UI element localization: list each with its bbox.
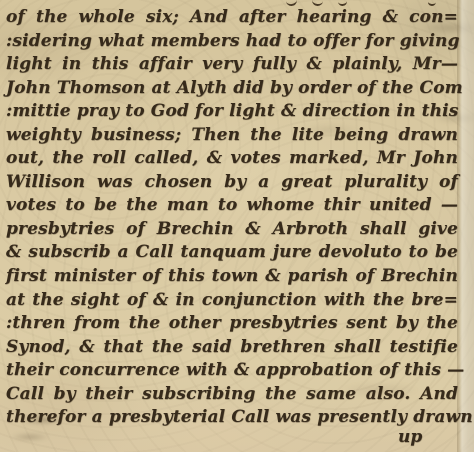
manuscript-line: :mittie pray to God for light & directio… [6, 100, 458, 124]
manuscript-text: of the whole six; And after hearing & co… [6, 6, 458, 430]
manuscript-line: Synod, & that the said brethren shall te… [6, 336, 458, 360]
manuscript-line: weighty business; Then the lite being dr… [6, 124, 458, 148]
manuscript-line: light in this affair very fully & plainl… [6, 53, 458, 77]
manuscript-page: of the whole six; And after hearing & co… [0, 0, 474, 452]
manuscript-line: out, the roll called, & votes marked, Mr… [6, 147, 458, 171]
manuscript-line: first minister of this town & parish of … [6, 265, 458, 289]
page-edge [457, 0, 474, 452]
manuscript-line: presbytries of Brechin & Arbroth shall g… [6, 218, 458, 242]
manuscript-line: votes to be the man to whome thir united… [6, 194, 458, 218]
manuscript-line: therefor a presbyterial Call was present… [6, 406, 458, 430]
manuscript-line: Call by their subscribing the same also.… [6, 383, 458, 407]
manuscript-line: their concurrence with & approbation of … [6, 359, 458, 383]
manuscript-line: & subscrib a Call tanquam jure devoluto … [6, 241, 458, 265]
manuscript-line: at the sight of & in conjunction with th… [6, 289, 458, 313]
manuscript-line: of the whole six; And after hearing & co… [6, 6, 458, 30]
manuscript-line: :thren from the other presbytries sent b… [6, 312, 458, 336]
manuscript-line: Willison was chosen by a great plurality… [6, 171, 458, 195]
manuscript-line: :sidering what members had to offer for … [6, 30, 458, 54]
manuscript-line: John Thomson at Alyth did by order of th… [6, 77, 458, 101]
catchword: up [398, 427, 422, 447]
